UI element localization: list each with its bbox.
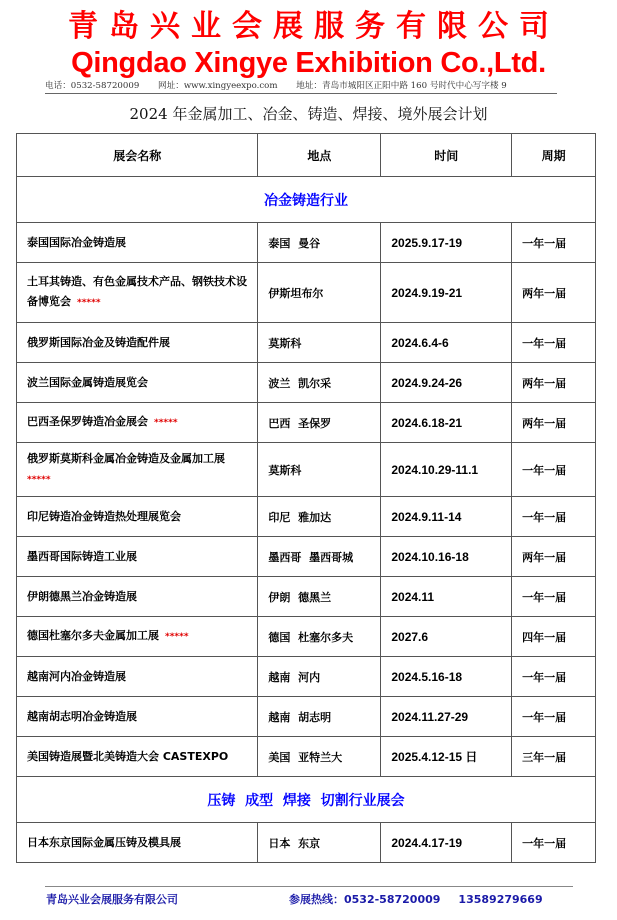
recommended-stars: ***** — [77, 298, 101, 308]
table-row: 越南胡志明冶金铸造展 越南 胡志明 2024.11.27-29 一年一届 — [17, 697, 596, 737]
table-row: 俄罗斯莫斯科金属冶金铸造及金属加工展***** 莫斯科 2024.10.29-1… — [17, 443, 596, 497]
exhibition-time: 2024.6.18-21 — [381, 403, 512, 443]
footer-divider — [45, 886, 573, 887]
exhibition-time: 2025.9.17-19 — [381, 223, 512, 263]
exhibition-name: 土耳其铸造、有色金属技术产品、钢铁技术设备博览会***** — [17, 263, 258, 323]
footer-hotline: 参展热线：0532-5872000913589279669 — [289, 891, 543, 907]
table-row: 墨西哥国际铸造工业展 墨西哥 墨西哥城 2024.10.16-18 两年一届 — [17, 537, 596, 577]
exhibition-cycle: 一年一届 — [512, 223, 596, 263]
contact-phone: 电话：0532-58720009 — [45, 81, 139, 91]
table-header-row: 展会名称 地点 时间 周期 — [17, 134, 596, 177]
exhibition-time: 2024.11.27-29 — [381, 697, 512, 737]
section-title: 冶金铸造行业 — [17, 177, 596, 223]
hotline-mobile: 13589279669 — [458, 893, 542, 906]
section-row-diecasting-welding: 压铸 成型 焊接 切割行业展会 — [17, 777, 596, 823]
table-row: 德国杜塞尔多夫金属加工展***** 德国 杜塞尔多夫 2027.6 四年一届 — [17, 617, 596, 657]
table-row: 波兰国际金属铸造展览会 波兰 凯尔采 2024.9.24-26 两年一届 — [17, 363, 596, 403]
exhibition-place: 伊斯坦布尔 — [258, 263, 381, 323]
table-row: 土耳其铸造、有色金属技术产品、钢铁技术设备博览会***** 伊斯坦布尔 2024… — [17, 263, 596, 323]
exhibition-place: 墨西哥 墨西哥城 — [258, 537, 381, 577]
table-row: 伊朗德黑兰冶金铸造展 伊朗 德黑兰 2024.11 一年一届 — [17, 577, 596, 617]
exhibition-plan-table: 展会名称 地点 时间 周期 冶金铸造行业 泰国国际冶金铸造展 泰国 曼谷 202… — [16, 133, 596, 863]
exhibition-place: 越南 胡志明 — [258, 697, 381, 737]
exhibition-cycle: 一年一届 — [512, 443, 596, 497]
exhibition-cycle: 一年一届 — [512, 497, 596, 537]
exhibition-time: 2024.5.16-18 — [381, 657, 512, 697]
exhibition-name: 德国杜塞尔多夫金属加工展***** — [17, 617, 258, 657]
contact-website[interactable]: 网址：www.xingyeexpo.com — [158, 81, 277, 91]
exhibition-place: 越南 河内 — [258, 657, 381, 697]
hotline-phone: 参展热线：0532-58720009 — [289, 893, 440, 906]
exhibition-cycle: 一年一届 — [512, 323, 596, 363]
exhibition-cycle: 两年一届 — [512, 263, 596, 323]
exhibition-place: 巴西 圣保罗 — [258, 403, 381, 443]
exhibition-place: 德国 杜塞尔多夫 — [258, 617, 381, 657]
exhibition-place: 莫斯科 — [258, 323, 381, 363]
exhibition-name: 越南河内冶金铸造展 — [17, 657, 258, 697]
column-header-name: 展会名称 — [17, 134, 258, 177]
exhibition-name: 美国铸造展暨北美铸造大会 CASTEXPO — [17, 737, 258, 777]
table-row: 越南河内冶金铸造展 越南 河内 2024.5.16-18 一年一届 — [17, 657, 596, 697]
exhibition-cycle: 两年一届 — [512, 537, 596, 577]
exhibition-time: 2024.9.11-14 — [381, 497, 512, 537]
exhibition-time: 2024.10.29-11.1 — [381, 443, 512, 497]
exhibition-time: 2024.9.24-26 — [381, 363, 512, 403]
section-row-metallurgy-casting: 冶金铸造行业 — [17, 177, 596, 223]
document-title: 2024 年金属加工、冶金、铸造、焊接、境外展会计划 — [0, 104, 617, 124]
exhibition-cycle: 两年一届 — [512, 403, 596, 443]
table-row: 印尼铸造冶金铸造热处理展览会 印尼 雅加达 2024.9.11-14 一年一届 — [17, 497, 596, 537]
exhibition-cycle: 一年一届 — [512, 823, 596, 863]
contact-line: 电话：0532-58720009 网址：www.xingyeexpo.com 地… — [45, 80, 557, 94]
company-name-en: Qingdao Xingye Exhibition Co.,Ltd. — [0, 46, 617, 80]
exhibition-name: 印尼铸造冶金铸造热处理展览会 — [17, 497, 258, 537]
exhibition-place: 波兰 凯尔采 — [258, 363, 381, 403]
table-row: 美国铸造展暨北美铸造大会 CASTEXPO 美国 亚特兰大 2025.4.12-… — [17, 737, 596, 777]
exhibition-time: 2025.4.12-15 日 — [381, 737, 512, 777]
exhibition-name: 日本东京国际金属压铸及模具展 — [17, 823, 258, 863]
table-row: 泰国国际冶金铸造展 泰国 曼谷 2025.9.17-19 一年一届 — [17, 223, 596, 263]
exhibition-name: 巴西圣保罗铸造冶金展会***** — [17, 403, 258, 443]
exhibition-name: 墨西哥国际铸造工业展 — [17, 537, 258, 577]
exhibition-place: 美国 亚特兰大 — [258, 737, 381, 777]
exhibition-cycle: 四年一届 — [512, 617, 596, 657]
exhibition-cycle: 两年一届 — [512, 363, 596, 403]
footer-company: 青岛兴业会展服务有限公司 — [46, 891, 178, 907]
exhibition-time: 2024.9.19-21 — [381, 263, 512, 323]
exhibition-time: 2024.10.16-18 — [381, 537, 512, 577]
column-header-time: 时间 — [381, 134, 512, 177]
exhibition-name: 波兰国际金属铸造展览会 — [17, 363, 258, 403]
exhibition-cycle: 一年一届 — [512, 577, 596, 617]
company-name-cn: 青岛兴业会展服务有限公司 — [0, 9, 617, 45]
exhibition-place: 日本 东京 — [258, 823, 381, 863]
exhibition-cycle: 一年一届 — [512, 657, 596, 697]
contact-address: 地址：青岛市城阳区正阳中路 160 号时代中心写字楼 9 — [296, 81, 507, 91]
exhibition-time: 2024.6.4-6 — [381, 323, 512, 363]
exhibition-name: 伊朗德黑兰冶金铸造展 — [17, 577, 258, 617]
exhibition-time: 2024.4.17-19 — [381, 823, 512, 863]
exhibition-place: 泰国 曼谷 — [258, 223, 381, 263]
column-header-place: 地点 — [258, 134, 381, 177]
section-title: 压铸 成型 焊接 切割行业展会 — [17, 777, 596, 823]
exhibition-name: 俄罗斯莫斯科金属冶金铸造及金属加工展***** — [17, 443, 258, 497]
exhibition-name: 俄罗斯国际冶金及铸造配件展 — [17, 323, 258, 363]
exhibition-place: 伊朗 德黑兰 — [258, 577, 381, 617]
exhibition-name: 越南胡志明冶金铸造展 — [17, 697, 258, 737]
exhibition-place: 印尼 雅加达 — [258, 497, 381, 537]
column-header-cycle: 周期 — [512, 134, 596, 177]
exhibition-time: 2024.11 — [381, 577, 512, 617]
recommended-stars: ***** — [154, 418, 178, 428]
exhibition-cycle: 一年一届 — [512, 697, 596, 737]
recommended-stars: ***** — [27, 475, 51, 485]
table-row: 日本东京国际金属压铸及模具展 日本 东京 2024.4.17-19 一年一届 — [17, 823, 596, 863]
table-row: 巴西圣保罗铸造冶金展会***** 巴西 圣保罗 2024.6.18-21 两年一… — [17, 403, 596, 443]
recommended-stars: ***** — [165, 632, 189, 642]
exhibition-name: 泰国国际冶金铸造展 — [17, 223, 258, 263]
exhibition-time: 2027.6 — [381, 617, 512, 657]
table-row: 俄罗斯国际冶金及铸造配件展 莫斯科 2024.6.4-6 一年一届 — [17, 323, 596, 363]
exhibition-cycle: 三年一届 — [512, 737, 596, 777]
exhibition-place: 莫斯科 — [258, 443, 381, 497]
